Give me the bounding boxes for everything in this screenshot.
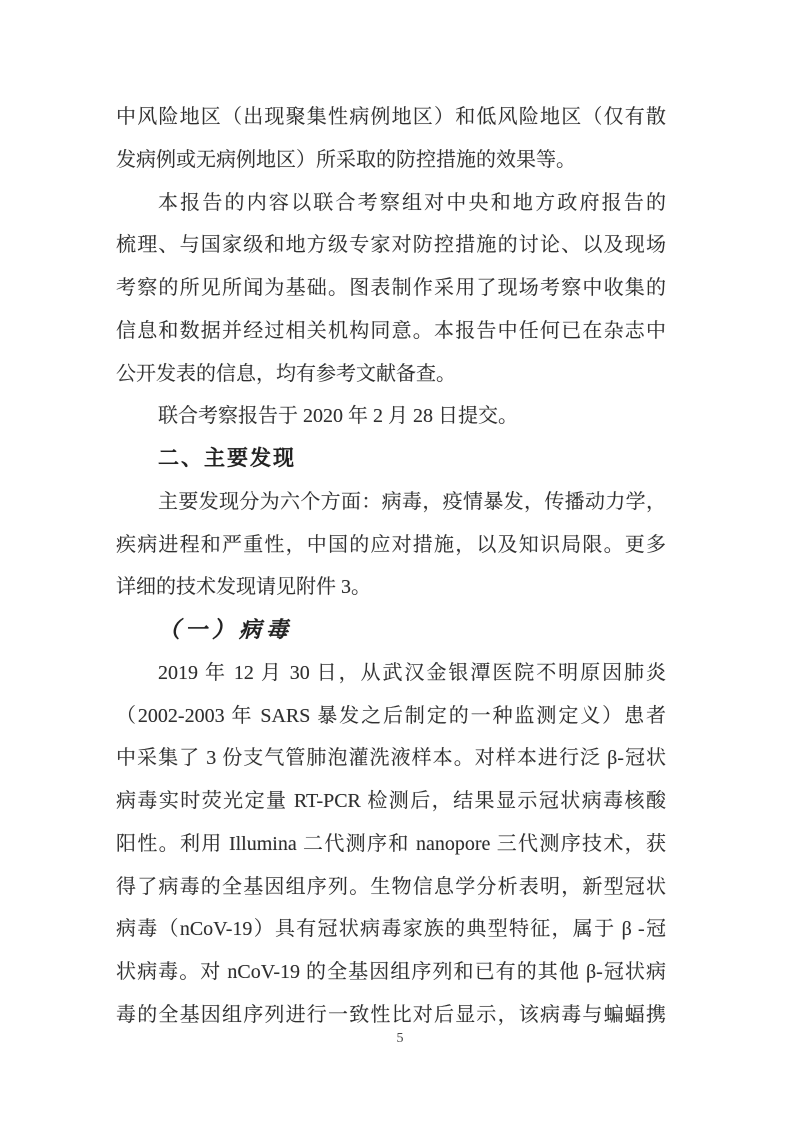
text-line: 发病例或无病例地区）所采取的防控措施的效果等。 bbox=[116, 139, 666, 182]
document-text-block: 中风险地区（出现聚集性病例地区）和低风险地区（仅有散发病例或无病例地区）所采取的… bbox=[116, 96, 666, 1037]
text-line: 信息和数据并经过相关机构同意。本报告中任何已在杂志中 bbox=[116, 310, 666, 353]
text-line: 联合考察报告于 2020 年 2 月 28 日提交。 bbox=[116, 395, 666, 438]
text-line: 梳理、与国家级和地方级专家对防控措施的讨论、以及现场 bbox=[116, 224, 666, 267]
text-line: 考察的所见所闻为基础。图表制作采用了现场考察中收集的 bbox=[116, 267, 666, 310]
page-number: 5 bbox=[0, 1029, 800, 1049]
text-line: 本报告的内容以联合考察组对中央和地方政府报告的 bbox=[116, 182, 666, 225]
section-heading: 二、主要发现 bbox=[116, 438, 666, 481]
text-line: 公开发表的信息，均有参考文献备查。 bbox=[116, 353, 666, 396]
text-line: 2019 年 12 月 30 日，从武汉金银潭医院不明原因肺炎 bbox=[116, 652, 666, 695]
text-line: 详细的技术发现请见附件 3。 bbox=[116, 566, 666, 609]
text-line: 阳性。利用 Illumina 二代测序和 nanopore 三代测序技术，获 bbox=[116, 823, 666, 866]
text-line: 病毒实时荧光定量 RT-PCR 检测后，结果显示冠状病毒核酸 bbox=[116, 780, 666, 823]
text-line: （2002-2003 年 SARS 暴发之后制定的一种监测定义）患者 bbox=[116, 695, 666, 738]
text-line: 中风险地区（出现聚集性病例地区）和低风险地区（仅有散 bbox=[116, 96, 666, 139]
document-page: 中风险地区（出现聚集性病例地区）和低风险地区（仅有散发病例或无病例地区）所采取的… bbox=[0, 0, 800, 1131]
section-heading: （一）病毒 bbox=[116, 609, 666, 652]
text-line: 中采集了 3 份支气管肺泡灌洗液样本。对样本进行泛 β-冠状 bbox=[116, 737, 666, 780]
text-line: 状病毒。对 nCoV-19 的全基因组序列和已有的其他 β-冠状病 bbox=[116, 951, 666, 994]
text-line: 得了病毒的全基因组序列。生物信息学分析表明，新型冠状 bbox=[116, 866, 666, 909]
text-line: 疾病进程和严重性，中国的应对措施，以及知识局限。更多 bbox=[116, 524, 666, 567]
text-line: 病毒（nCoV-19）具有冠状病毒家族的典型特征，属于 β -冠 bbox=[116, 908, 666, 951]
text-line: 主要发现分为六个方面：病毒，疫情暴发，传播动力学， bbox=[116, 481, 666, 524]
